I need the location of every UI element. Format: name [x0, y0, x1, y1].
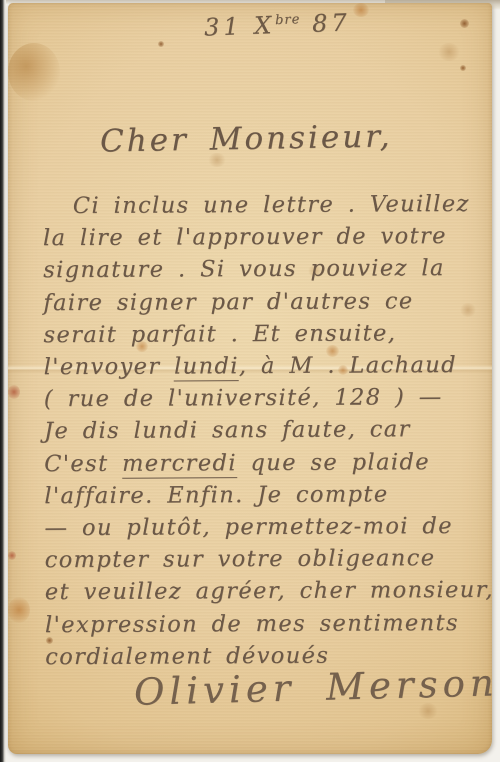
- letter-line: compter sur votre obligeance: [45, 542, 491, 577]
- letter-line: C'est mercredi que se plaide: [44, 445, 490, 480]
- stain: [460, 19, 469, 28]
- stain: [8, 43, 60, 101]
- stain: [158, 41, 164, 47]
- letter-line: Ci inclus une lettre . Veuillez: [43, 188, 489, 223]
- stain: [460, 65, 466, 71]
- letter-line: la lire et l'approuver de votre: [43, 220, 489, 255]
- date-year: 87: [300, 8, 351, 38]
- stain: [438, 43, 460, 61]
- date-day-month: 31 X: [204, 11, 276, 41]
- letter-line: signature . Si vous pouviez la: [43, 252, 489, 287]
- stain: [8, 597, 30, 623]
- letter-line: Je dis lundi sans faute, car: [44, 413, 490, 448]
- date-month-superscript: bre: [275, 12, 301, 28]
- scan-edge-shadow: [0, 0, 6, 762]
- letter-line: l'envoyer lundi, à M . Lachaud: [44, 349, 490, 384]
- letter-line: serait parfait . Et ensuite,: [43, 317, 489, 352]
- letter-paper: 31 Xbre 87 Cher Monsieur, Ci inclus une …: [8, 3, 492, 754]
- letter-salutation: Cher Monsieur,: [100, 118, 393, 159]
- letter-line: ( rue de l'université, 128 ) —: [44, 381, 490, 416]
- letter-line: l'expression de mes sentiments: [45, 606, 491, 641]
- letter-date: 31 Xbre 87: [204, 8, 352, 41]
- stain: [353, 3, 369, 17]
- stain: [8, 385, 20, 399]
- stain: [8, 551, 16, 560]
- letter-signature: Olivier Merson: [133, 661, 499, 714]
- letter-line: l'affaire. Enfin. Je compte: [44, 478, 490, 513]
- letter-line: et veuillez agréer, cher monsieur,: [45, 574, 491, 609]
- letter-body: Ci inclus une lettre . Veuillezla lire e…: [43, 188, 492, 673]
- letter-line: faire signer par d'autres ce: [43, 284, 489, 319]
- letter-line: — ou plutôt, permettez-moi de: [44, 510, 490, 545]
